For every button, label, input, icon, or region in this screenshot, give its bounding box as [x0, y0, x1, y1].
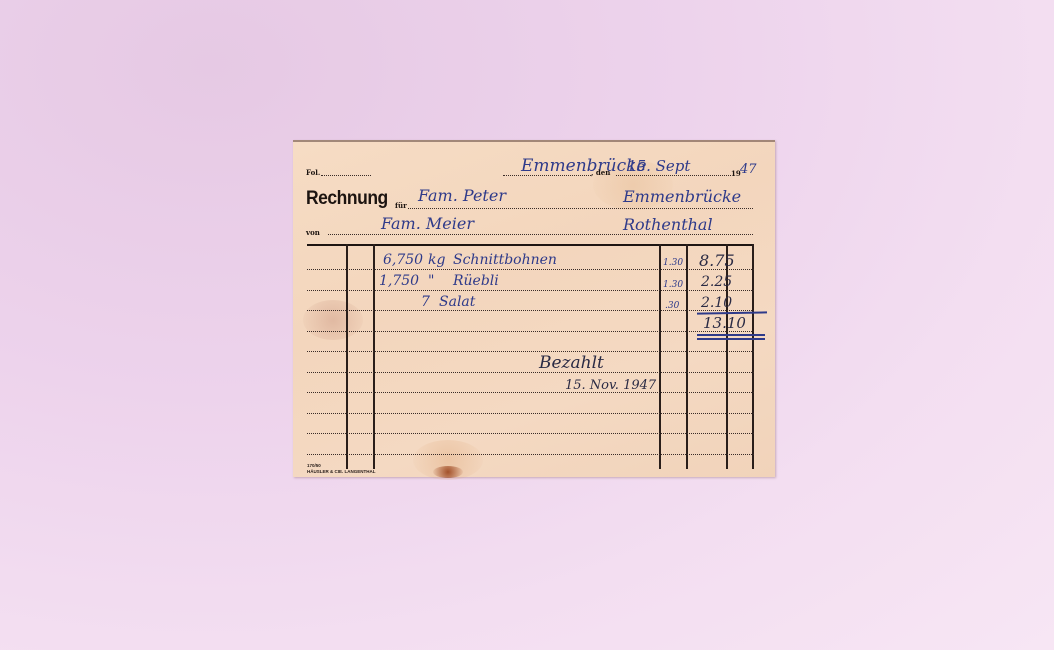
- stain: [303, 300, 363, 340]
- date-handwritten: 15. Sept: [627, 157, 690, 175]
- column-divider: [659, 244, 661, 469]
- printer-imprint: 170/50 HÄUSLER & CIE. LANGENTHAL: [307, 463, 376, 475]
- von-label: von: [306, 228, 320, 237]
- table-row-line: [307, 392, 754, 393]
- item-description: Rüebli: [453, 273, 499, 289]
- item-qty: 7: [421, 294, 430, 310]
- column-divider: [752, 244, 754, 469]
- table-row-line: [307, 351, 754, 352]
- total-amount: 13.10: [703, 314, 746, 332]
- table-row-line: [307, 433, 754, 434]
- sender-place: Rothenthal: [623, 215, 713, 234]
- item-unit: ": [428, 273, 434, 289]
- column-divider: [686, 244, 688, 469]
- invoice-title: Rechnung: [306, 188, 388, 210]
- total-double-underline: [697, 338, 765, 340]
- recipient-place: Emmenbrücke: [623, 187, 741, 206]
- item-amount: 2.25: [701, 274, 732, 290]
- fuer-label: für: [395, 201, 407, 210]
- item-unit: kg: [428, 252, 445, 268]
- recipient-name: Fam. Peter: [418, 186, 506, 205]
- total-double-underline: [697, 334, 765, 336]
- table-row-line: [307, 454, 754, 455]
- item-unit-price: .30: [665, 301, 679, 311]
- table-row-line: [307, 290, 754, 291]
- item-unit-price: 1.30: [663, 258, 683, 268]
- sender-line: [328, 234, 753, 235]
- printer-name: HÄUSLER & CIE. LANGENTHAL: [307, 469, 376, 475]
- sender-name: Fam. Meier: [381, 214, 474, 233]
- den-label: , den: [591, 168, 610, 177]
- item-amount: 2.10: [701, 295, 732, 311]
- paid-note: Bezahlt: [539, 353, 604, 373]
- recipient-line: [408, 208, 753, 209]
- paid-date: 15. Nov. 1947: [565, 378, 656, 393]
- item-description: Salat: [439, 294, 475, 310]
- column-divider: [373, 244, 375, 469]
- table-row-line: [307, 310, 754, 311]
- column-divider: [346, 244, 348, 469]
- stain: [413, 440, 483, 480]
- item-unit-price: 1.30: [663, 280, 683, 290]
- table-row-line: [307, 331, 754, 332]
- invoice-paper: Fol. Emmenbrücke , den 15. Sept 19 47 Re…: [293, 140, 775, 477]
- fol-line: [321, 175, 371, 176]
- item-amount: 8.75: [699, 251, 735, 270]
- item-qty: 6,750: [383, 252, 423, 268]
- table-row-line: [307, 269, 754, 270]
- year-handwritten: 47: [740, 162, 757, 177]
- fol-label: Fol.: [306, 168, 320, 177]
- item-description: Schnittbohnen: [453, 252, 557, 268]
- item-qty: 1,750: [379, 273, 419, 289]
- stain: [433, 466, 463, 478]
- table-row-line: [307, 413, 754, 414]
- table-row-line: [307, 372, 754, 373]
- date-line: [616, 175, 731, 176]
